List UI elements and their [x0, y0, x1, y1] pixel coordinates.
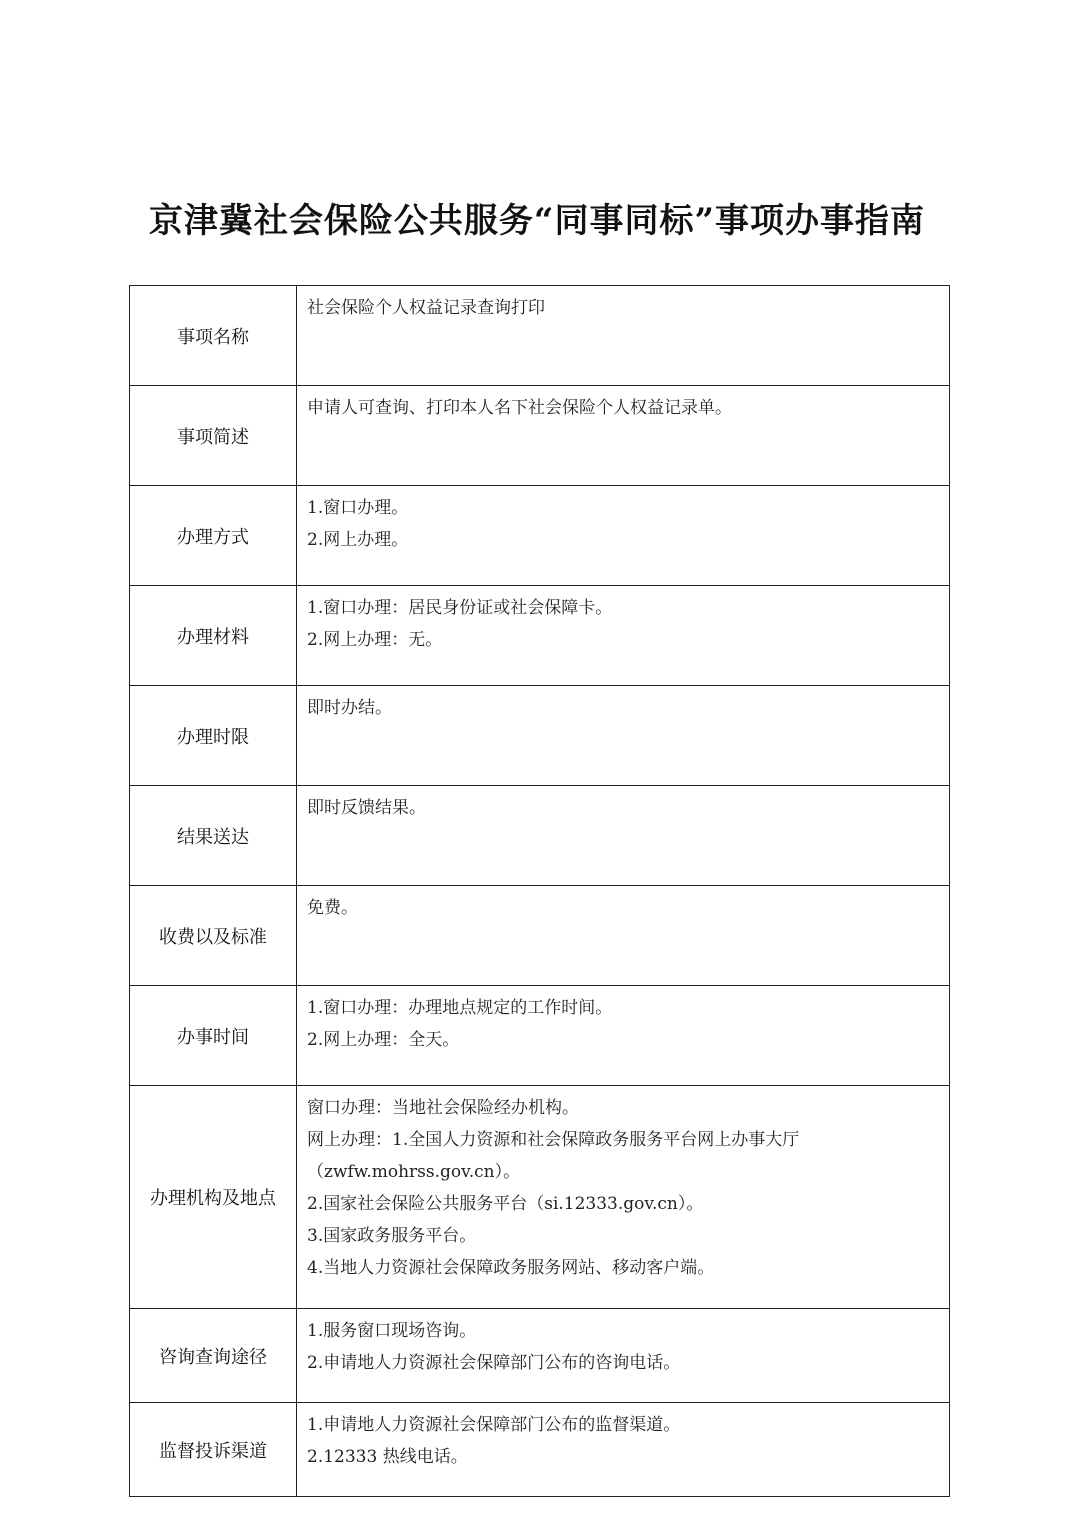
value-line: 1.窗口办理。	[307, 492, 939, 524]
value-line: 1.窗口办理：居民身份证或社会保障卡。	[307, 592, 939, 624]
value-line: 免费。	[307, 892, 939, 924]
value-line: 2.网上办理：全天。	[307, 1024, 939, 1056]
row-value: 1.窗口办理。 2.网上办理。	[297, 486, 950, 586]
table-row-office-hours: 办事时间 1.窗口办理：办理地点规定的工作时间。 2.网上办理：全天。	[130, 986, 950, 1086]
value-line: 窗口办理：当地社会保险经办机构。	[307, 1092, 939, 1124]
service-guide-table: 事项名称 社会保险个人权益记录查询打印 事项简述 申请人可查询、打印本人名下社会…	[129, 285, 950, 1497]
row-label: 事项名称	[130, 286, 297, 386]
row-value: 1.窗口办理：办理地点规定的工作时间。 2.网上办理：全天。	[297, 986, 950, 1086]
value-line: 4.当地人力资源社会保障政务服务网站、移动客户端。	[307, 1252, 939, 1284]
row-label: 咨询查询途径	[130, 1309, 297, 1403]
row-label: 收费以及标准	[130, 886, 297, 986]
table-row-handling-method: 办理方式 1.窗口办理。 2.网上办理。	[130, 486, 950, 586]
row-value: 申请人可查询、打印本人名下社会保险个人权益记录单。	[297, 386, 950, 486]
row-label: 结果送达	[130, 786, 297, 886]
value-line: 2.12333 热线电话。	[307, 1441, 939, 1473]
row-value: 1.服务窗口现场咨询。 2.申请地人力资源社会保障部门公布的咨询电话。	[297, 1309, 950, 1403]
value-line: 2.网上办理。	[307, 524, 939, 556]
row-label: 办理方式	[130, 486, 297, 586]
table-row-fees: 收费以及标准 免费。	[130, 886, 950, 986]
table-row-materials: 办理材料 1.窗口办理：居民身份证或社会保障卡。 2.网上办理：无。	[130, 586, 950, 686]
row-value: 1.申请地人力资源社会保障部门公布的监督渠道。 2.12333 热线电话。	[297, 1403, 950, 1497]
row-label: 办理材料	[130, 586, 297, 686]
table-row-item-name: 事项名称 社会保险个人权益记录查询打印	[130, 286, 950, 386]
row-label: 办理机构及地点	[130, 1086, 297, 1309]
row-value: 即时反馈结果。	[297, 786, 950, 886]
value-line: 1.窗口办理：办理地点规定的工作时间。	[307, 992, 939, 1024]
row-value: 即时办结。	[297, 686, 950, 786]
document-title: 京津冀社会保险公共服务“同事同标”事项办事指南	[0, 193, 1074, 242]
table-row-time-limit: 办理时限 即时办结。	[130, 686, 950, 786]
row-value: 1.窗口办理：居民身份证或社会保障卡。 2.网上办理：无。	[297, 586, 950, 686]
table-row-consultation: 咨询查询途径 1.服务窗口现场咨询。 2.申请地人力资源社会保障部门公布的咨询电…	[130, 1309, 950, 1403]
row-label: 办事时间	[130, 986, 297, 1086]
value-line: 1.申请地人力资源社会保障部门公布的监督渠道。	[307, 1409, 939, 1441]
value-line: 3.国家政务服务平台。	[307, 1220, 939, 1252]
row-value: 窗口办理：当地社会保险经办机构。 网上办理：1.全国人力资源和社会保障政务服务平…	[297, 1086, 950, 1309]
table-row-complaints: 监督投诉渠道 1.申请地人力资源社会保障部门公布的监督渠道。 2.12333 热…	[130, 1403, 950, 1497]
value-line: 2.国家社会保险公共服务平台（si.12333.gov.cn）。	[307, 1188, 939, 1220]
value-line: 申请人可查询、打印本人名下社会保险个人权益记录单。	[307, 392, 939, 424]
value-line: 2.网上办理：无。	[307, 624, 939, 656]
value-line-url: （zwfw.mohrss.gov.cn）。	[307, 1156, 939, 1188]
row-label: 事项简述	[130, 386, 297, 486]
row-label: 办理时限	[130, 686, 297, 786]
value-line: 网上办理：1.全国人力资源和社会保障政务服务平台网上办事大厅	[307, 1124, 939, 1156]
row-value: 免费。	[297, 886, 950, 986]
value-line: 即时办结。	[307, 692, 939, 724]
table-row-result-delivery: 结果送达 即时反馈结果。	[130, 786, 950, 886]
value-line: 2.申请地人力资源社会保障部门公布的咨询电话。	[307, 1347, 939, 1379]
table-row-institutions-locations: 办理机构及地点 窗口办理：当地社会保险经办机构。 网上办理：1.全国人力资源和社…	[130, 1086, 950, 1309]
table-row-item-summary: 事项简述 申请人可查询、打印本人名下社会保险个人权益记录单。	[130, 386, 950, 486]
value-line: 即时反馈结果。	[307, 792, 939, 824]
value-line: 1.服务窗口现场咨询。	[307, 1315, 939, 1347]
row-label: 监督投诉渠道	[130, 1403, 297, 1497]
row-value: 社会保险个人权益记录查询打印	[297, 286, 950, 386]
value-line: 社会保险个人权益记录查询打印	[307, 292, 939, 324]
